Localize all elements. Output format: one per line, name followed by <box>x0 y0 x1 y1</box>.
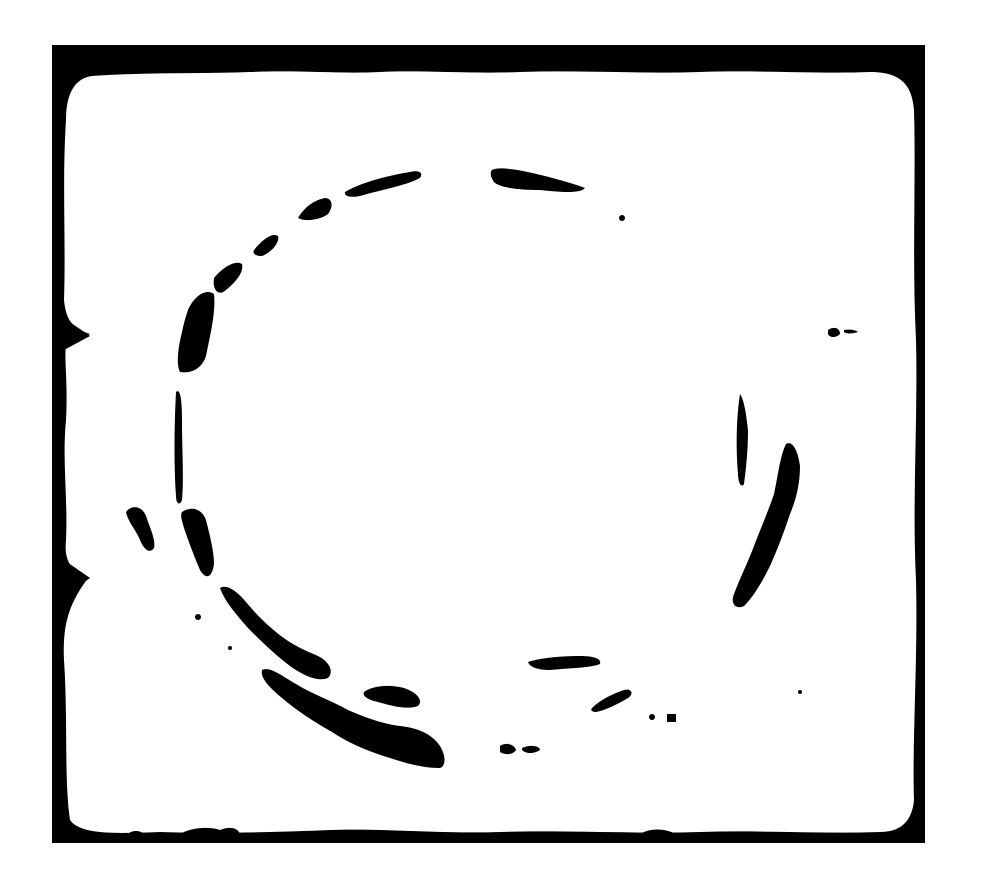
ring-speck <box>195 614 201 620</box>
ring-speck <box>798 690 802 694</box>
ring-speck <box>619 215 625 221</box>
ring-speck <box>667 714 676 722</box>
ring-speck <box>228 646 232 650</box>
ring-fragment <box>175 391 183 503</box>
figure-canvas <box>0 0 984 894</box>
binarized-figure <box>0 0 984 894</box>
ring-speck <box>649 714 655 720</box>
